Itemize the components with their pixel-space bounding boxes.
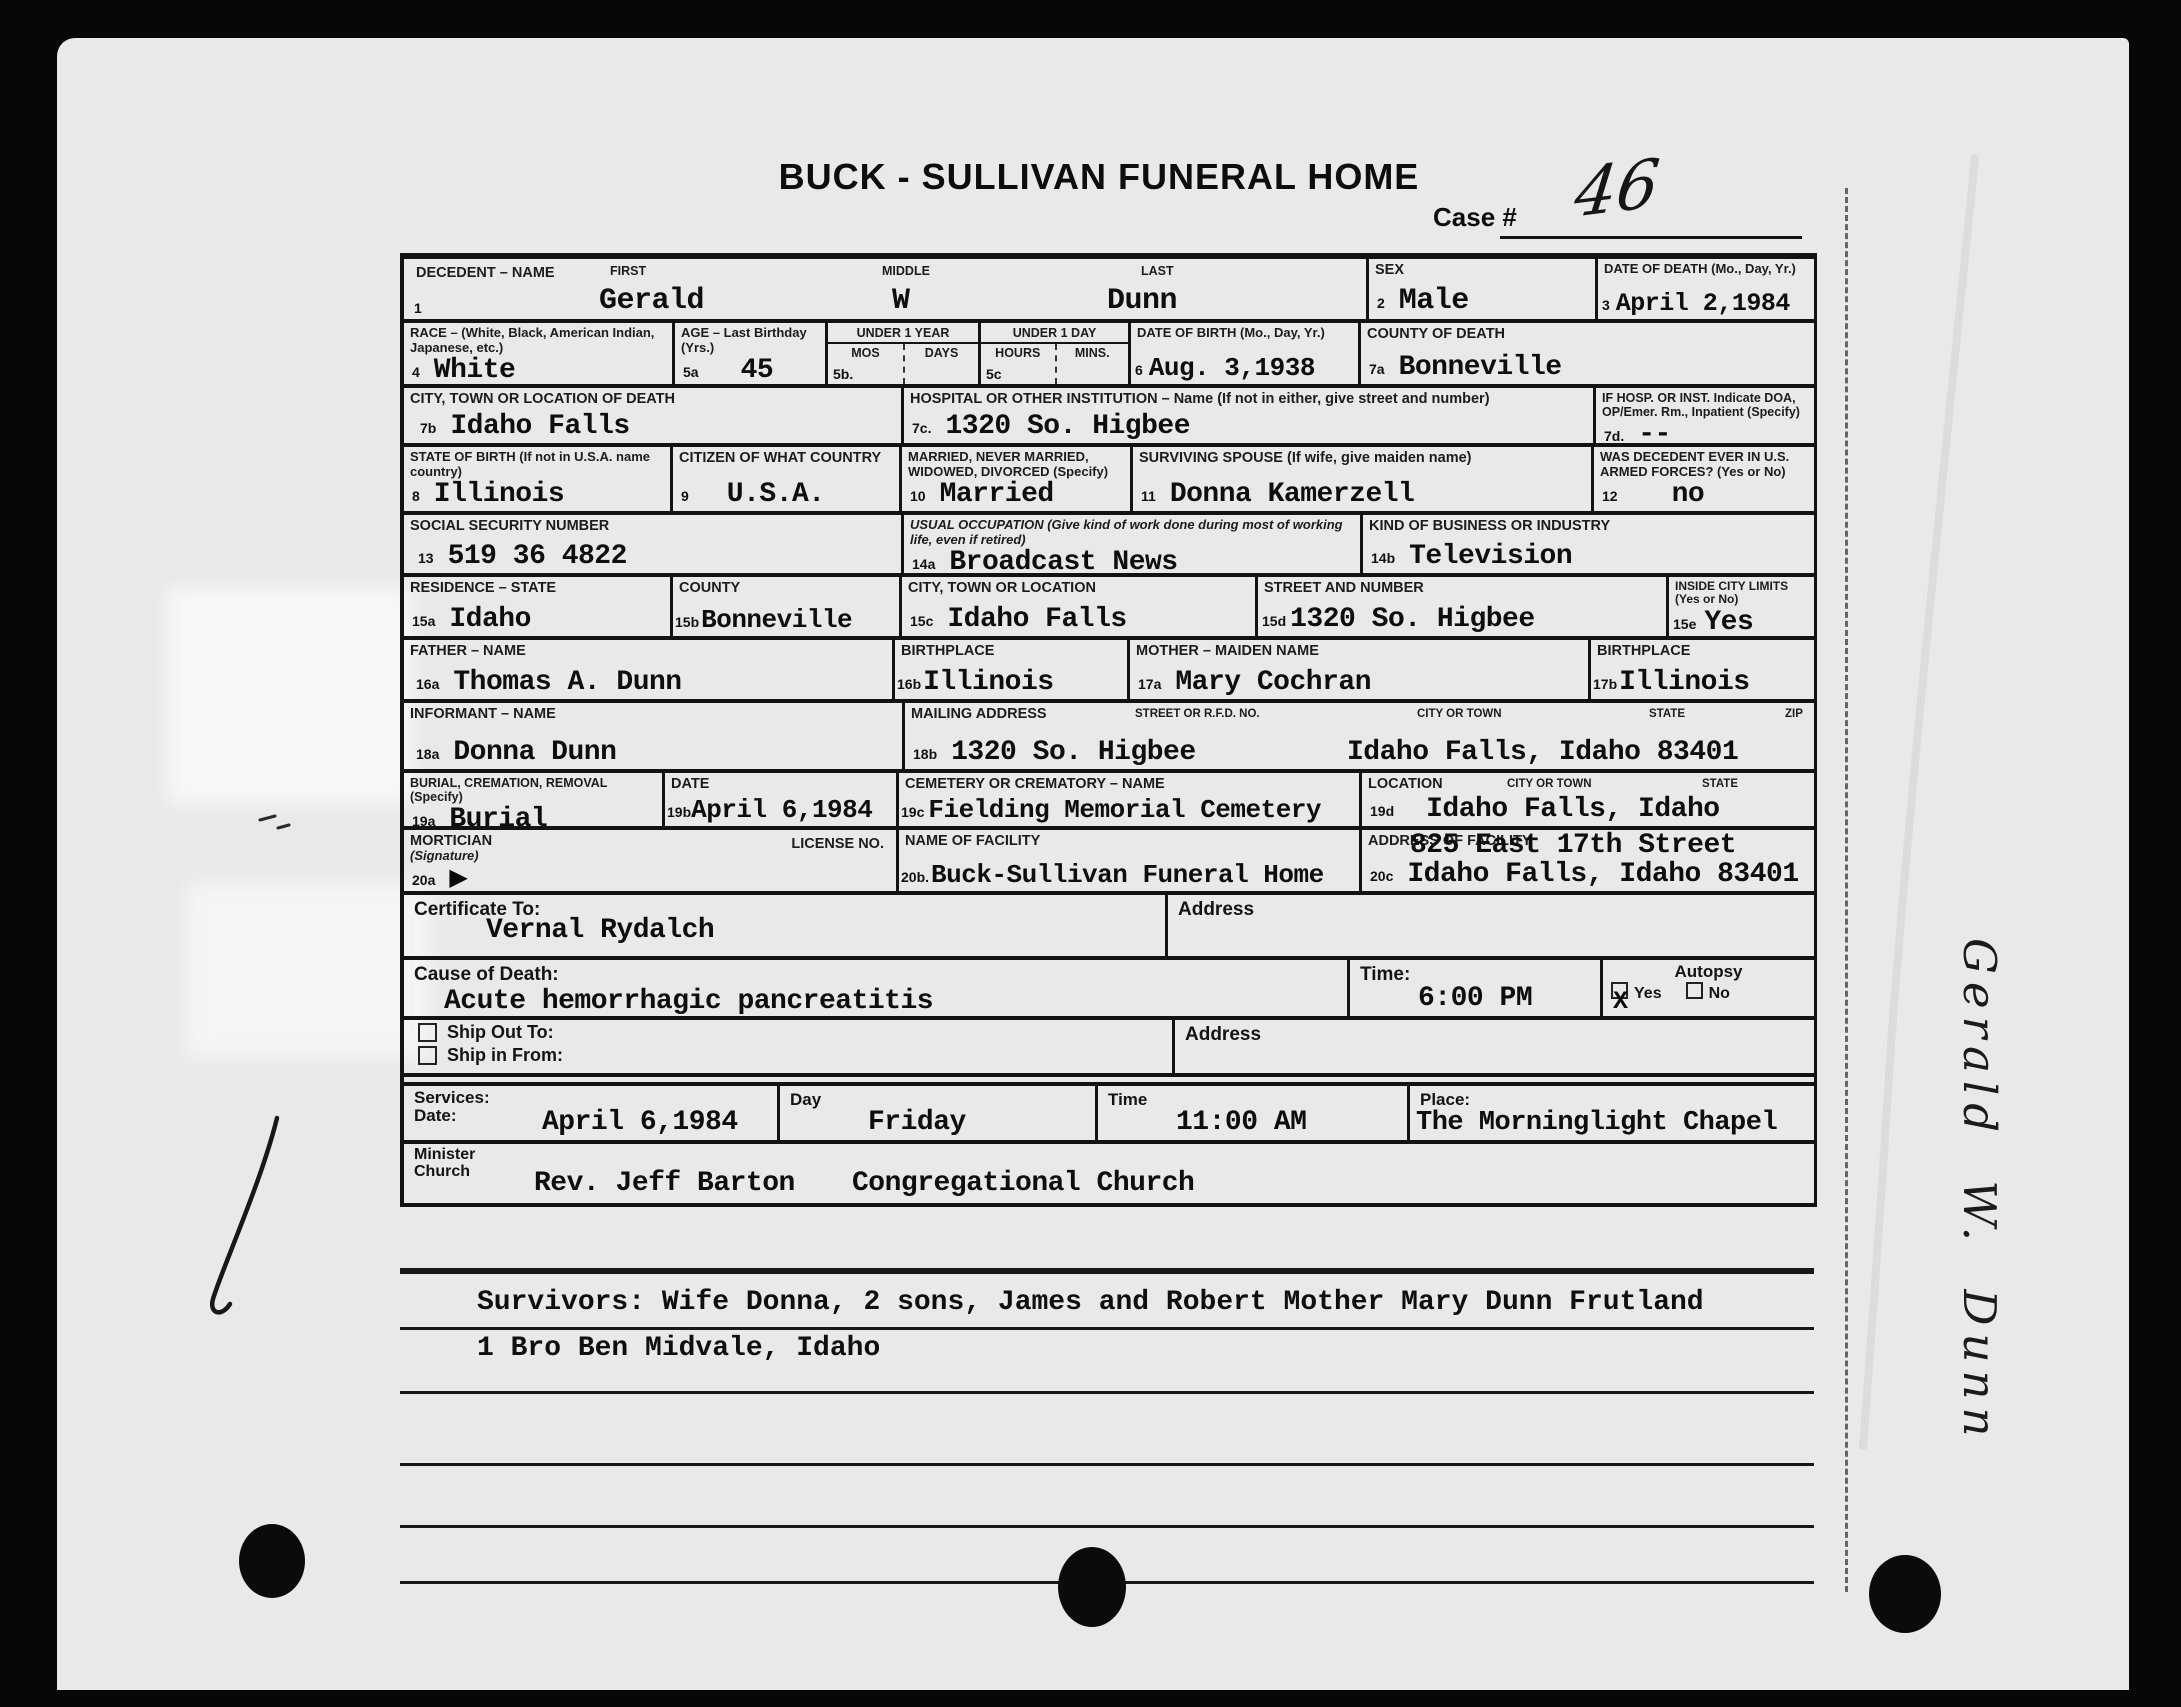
mother-birthplace-value: Illinois <box>1619 667 1749 698</box>
death-time-value: 6:00 PM <box>1418 983 1532 1014</box>
surviving-spouse-value: Donna Kamerzell <box>1170 479 1415 510</box>
field-cemetery: CEMETERY OR CREMATORY – NAME 19cFielding… <box>896 773 1359 826</box>
residence-state-value: Idaho <box>449 604 531 635</box>
location-state-sublabel: STATE <box>1702 778 1738 790</box>
mailing-state-sublabel: STATE <box>1649 708 1685 720</box>
last-name-value: Dunn <box>1107 284 1177 318</box>
punch-hole-center <box>1058 1547 1126 1627</box>
county-of-death-value: Bonneville <box>1399 352 1562 383</box>
field-num-12: 12 <box>1602 488 1618 504</box>
occupation-value: Broadcast News <box>949 547 1177 578</box>
city-of-death-value: Idaho Falls <box>450 411 629 442</box>
armed-forces-label: WAS DECEDENT EVER IN U.S. ARMED FORCES? … <box>1594 447 1814 479</box>
field-marital-status: MARRIED, NEVER MARRIED, WIDOWED, DIVORCE… <box>899 447 1130 511</box>
city-limits-label: INSIDE CITY LIMITS (Yes or No) <box>1669 577 1814 607</box>
location-city-sublabel: CITY OR TOWN <box>1507 778 1592 790</box>
license-no-label: LICENSE NO. <box>785 833 888 852</box>
field-minister: Minister Church Rev. Jeff Barton Congreg… <box>404 1144 1814 1203</box>
disposition-location-value: Idaho Falls, Idaho <box>1426 794 1719 825</box>
record-form: DECEDENT – NAME FIRST MIDDLE LAST 1 Gera… <box>400 253 1817 1207</box>
field-num-7c: 7c. <box>912 420 931 436</box>
field-num-7a: 7a <box>1369 361 1385 377</box>
mailing-street-value: 1320 So. Higbee <box>951 737 1196 768</box>
field-cause-of-death: Cause of Death: Acute hemorrhagic pancre… <box>404 960 1347 1016</box>
margin-handwritten-name: Gerald W. Dunn <box>1953 938 2006 1558</box>
age-label: AGE – Last Birthday (Yrs.) <box>675 323 825 355</box>
dashed-margin-line <box>1845 188 1848 1592</box>
field-disposition-date: DATE 19bApril 6,1984 <box>662 773 896 826</box>
field-death-time: Time: 6:00 PM <box>1347 960 1600 1016</box>
informant-name-label: INFORMANT – NAME <box>404 703 902 722</box>
mother-name-label: MOTHER – MAIDEN NAME <box>1130 640 1588 659</box>
minister-name-value: Rev. Jeff Barton <box>534 1168 795 1199</box>
field-num-16b: 16b <box>897 676 921 692</box>
mailing-city-state-zip-value: Idaho Falls, Idaho 83401 <box>1347 737 1738 768</box>
field-industry: KIND OF BUSINESS OR INDUSTRY 14bTelevisi… <box>1360 515 1814 573</box>
ruled-line-1 <box>400 1327 1814 1330</box>
services-place-label: Place: <box>1410 1086 1814 1110</box>
minutes-label: MINS. <box>1055 344 1129 384</box>
field-num-20a: 20a <box>412 872 435 888</box>
field-num-7d: 7d. <box>1604 428 1624 444</box>
under-one-year-label: UNDER 1 YEAR <box>828 323 978 344</box>
first-name-label: FIRST <box>610 264 646 278</box>
autopsy-no-option: No <box>1686 982 1730 1003</box>
row-shipping: Ship Out To: Ship in From: Address <box>404 1020 1814 1077</box>
disposition-type-label: BURIAL, CREMATION, REMOVAL (Specify) <box>404 773 662 804</box>
field-num-14a: 14a <box>912 556 935 572</box>
marital-status-label: MARRIED, NEVER MARRIED, WIDOWED, DIVORCE… <box>902 447 1130 479</box>
funeral-home-title: BUCK - SULLIVAN FUNERAL HOME <box>769 156 1429 198</box>
field-father-birthplace: BIRTHPLACE 16bIllinois <box>892 640 1127 699</box>
field-num-15b: 15b <box>675 614 699 630</box>
row-parents: FATHER – NAME 16aThomas A. Dunn BIRTHPLA… <box>404 640 1814 703</box>
field-services-time: Time 11:00 AM <box>1095 1086 1407 1140</box>
cause-of-death-value: Acute hemorrhagic pancreatitis <box>444 986 933 1017</box>
field-num-1: 1 <box>414 300 422 316</box>
field-mother-birthplace: BIRTHPLACE 17bIllinois <box>1588 640 1814 699</box>
field-num-3: 3 <box>1602 297 1610 313</box>
residence-city-label: CITY, TOWN OR LOCATION <box>902 577 1255 596</box>
field-ssn: SOCIAL SECURITY NUMBER 13519 36 4822 <box>404 515 901 573</box>
autopsy-options: Yes No <box>1603 982 1814 1003</box>
field-num-19d: 19d <box>1370 803 1394 819</box>
residence-county-label: COUNTY <box>673 577 899 596</box>
field-under-one-year: UNDER 1 YEAR MOS DAYS 5b. <box>825 323 978 384</box>
field-num-10: 10 <box>910 488 926 504</box>
ship-in-checkbox <box>418 1046 437 1065</box>
field-residence-county: COUNTY 15bBonneville <box>670 577 899 636</box>
field-num-20b: 20b. <box>901 869 929 885</box>
mailing-zip-sublabel: ZIP <box>1785 708 1803 720</box>
father-birthplace-label: BIRTHPLACE <box>895 640 1127 659</box>
field-date-of-death: DATE OF DEATH (Mo., Day, Yr.) 3April 2,1… <box>1595 259 1814 319</box>
punch-hole-left <box>239 1524 305 1598</box>
date-of-birth-value: Aug. 3,1938 <box>1149 353 1315 383</box>
minister-church-value: Congregational Church <box>852 1168 1194 1199</box>
field-num-15e: 15e <box>1673 616 1696 632</box>
field-armed-forces: WAS DECEDENT EVER IN U.S. ARMED FORCES? … <box>1591 447 1814 511</box>
minister-label: Minister <box>404 1144 1814 1164</box>
ship-out-checkbox <box>418 1023 437 1042</box>
row-death-place: CITY, TOWN OR LOCATION OF DEATH 7bIdaho … <box>404 388 1814 447</box>
hospital-type-label: IF HOSP. OR INST. Indicate DOA, OP/Emer.… <box>1596 388 1814 419</box>
whiteout-patch <box>167 588 412 803</box>
cemetery-label: CEMETERY OR CREMATORY – NAME <box>899 773 1359 792</box>
row-residence: RESIDENCE – STATE 15aIdaho COUNTY 15bBon… <box>404 577 1814 640</box>
field-residence-state: RESIDENCE – STATE 15aIdaho <box>404 577 670 636</box>
field-mother-name: MOTHER – MAIDEN NAME 17aMary Cochran <box>1127 640 1588 699</box>
certificate-address-label: Address <box>1168 895 1814 921</box>
field-num-9: 9 <box>681 488 689 504</box>
field-decedent-name: DECEDENT – NAME FIRST MIDDLE LAST 1 Gera… <box>404 259 1366 319</box>
field-disposition-type: BURIAL, CREMATION, REMOVAL (Specify) 19a… <box>404 773 662 826</box>
field-sex: SEX 2Male <box>1366 259 1595 319</box>
days-label: DAYS <box>903 344 978 384</box>
field-father-name: FATHER – NAME 16aThomas A. Dunn <box>404 640 892 699</box>
field-informant-name: INFORMANT – NAME 18aDonna Dunn <box>404 703 902 769</box>
field-hospital: HOSPITAL OR OTHER INSTITUTION – Name (If… <box>901 388 1593 443</box>
field-under-one-day: UNDER 1 DAY HOURS MINS. 5c <box>978 323 1128 384</box>
mother-name-value: Mary Cochran <box>1175 667 1371 698</box>
whiteout-patch-2 <box>185 883 430 1058</box>
services-time-value: 11:00 AM <box>1176 1107 1306 1138</box>
row-informant: INFORMANT – NAME 18aDonna Dunn MAILING A… <box>404 703 1814 773</box>
cause-of-death-label: Cause of Death: <box>404 960 1347 986</box>
punch-hole-right <box>1869 1555 1941 1633</box>
autopsy-no-label: No <box>1709 985 1730 1002</box>
under-one-day-label: UNDER 1 DAY <box>981 323 1128 344</box>
field-num-17a: 17a <box>1138 676 1161 692</box>
field-certificate-to: Certificate To: Vernal Rydalch <box>404 895 1165 956</box>
state-of-birth-value: Illinois <box>434 479 564 510</box>
father-name-value: Thomas A. Dunn <box>453 667 681 698</box>
field-num-19a: 19a <box>412 813 435 829</box>
field-num-13: 13 <box>418 550 434 566</box>
ssn-label: SOCIAL SECURITY NUMBER <box>404 515 901 534</box>
paper-sheet: BUCK - SULLIVAN FUNERAL HOME Case # 46 D… <box>57 38 2129 1690</box>
father-birthplace-value: Illinois <box>923 667 1053 698</box>
mailing-city-sublabel: CITY OR TOWN <box>1417 708 1502 720</box>
sex-label: SEX <box>1369 259 1595 278</box>
industry-label: KIND OF BUSINESS OR INDUSTRY <box>1363 515 1814 534</box>
field-certificate-address: Address <box>1165 895 1814 956</box>
field-state-of-birth: STATE OF BIRTH (If not in U.S.A. name co… <box>404 447 670 511</box>
facility-address-line1: 825 East 17th Street <box>1410 830 1736 861</box>
residence-city-value: Idaho Falls <box>947 604 1126 635</box>
field-facility-address: ADDRESS OF FACILITY 825 East 17th Street… <box>1359 830 1814 891</box>
field-county-of-death: COUNTY OF DEATH 7aBonneville <box>1358 323 1814 384</box>
disposition-date-value: April 6,1984 <box>691 795 872 825</box>
case-number-label: Case # <box>1433 202 1517 233</box>
ruled-line-2 <box>400 1391 1814 1394</box>
facility-name-label: NAME OF FACILITY <box>899 830 1359 849</box>
field-num-15a: 15a <box>412 613 435 629</box>
cemetery-value: Fielding Memorial Cemetery <box>928 795 1321 825</box>
field-mailing-address: MAILING ADDRESS STREET OR R.F.D. NO. CIT… <box>902 703 1814 769</box>
field-mortician-signature: MORTICIAN (Signature) LICENSE NO. 20a▶ <box>404 830 896 891</box>
field-services-day: Day Friday <box>777 1086 1095 1140</box>
field-num-19c: 19c <box>901 804 924 820</box>
field-num-19b: 19b <box>667 804 691 820</box>
ruled-line-4 <box>400 1525 1814 1528</box>
field-num-18a: 18a <box>416 746 439 762</box>
hospital-type-value: -- <box>1638 419 1671 450</box>
services-date-value: April 6,1984 <box>542 1107 738 1138</box>
field-shipping: Ship Out To: Ship in From: <box>404 1020 1172 1073</box>
middle-name-label: MIDDLE <box>882 264 930 278</box>
occupation-label: USUAL OCCUPATION (Give kind of work done… <box>904 515 1360 547</box>
industry-value: Television <box>1409 541 1572 572</box>
row-vitals: RACE – (White, Black, American Indian, J… <box>404 323 1814 388</box>
facility-name-value: Buck-Sullivan Funeral Home <box>931 860 1324 890</box>
residence-street-value: 1320 So. Higbee <box>1290 604 1535 635</box>
field-num-15c: 15c <box>910 613 933 629</box>
sex-value: Male <box>1399 284 1469 318</box>
field-occupation: USUAL OCCUPATION (Give kind of work done… <box>901 515 1360 573</box>
row-personal: STATE OF BIRTH (If not in U.S.A. name co… <box>404 447 1814 515</box>
first-name-value: Gerald <box>599 284 704 318</box>
field-num-6: 6 <box>1135 362 1143 378</box>
ship-out-label: Ship Out To: <box>447 1022 554 1043</box>
city-limits-value: Yes <box>1704 607 1753 638</box>
age-value: 45 <box>741 355 774 386</box>
row-work: SOCIAL SECURITY NUMBER 13519 36 4822 USU… <box>404 515 1814 577</box>
disposition-date-label: DATE <box>665 773 896 792</box>
margin-pen-stroke <box>212 1118 277 1312</box>
mailing-street-sublabel: STREET OR R.F.D. NO. <box>1135 708 1260 720</box>
date-of-birth-label: DATE OF BIRTH (Mo., Day, Yr.) <box>1131 323 1358 341</box>
row-mortician: MORTICIAN (Signature) LICENSE NO. 20a▶ N… <box>404 830 1814 895</box>
autopsy-x-mark: X <box>1613 987 1628 1016</box>
row-minister: Minister Church Rev. Jeff Barton Congreg… <box>404 1144 1814 1207</box>
ssn-value: 519 36 4822 <box>448 541 627 572</box>
race-label: RACE – (White, Black, American Indian, J… <box>404 323 672 355</box>
field-residence-city: CITY, TOWN OR LOCATION 15cIdaho Falls <box>899 577 1255 636</box>
field-city-limits: INSIDE CITY LIMITS (Yes or No) 15eYes <box>1666 577 1814 636</box>
last-name-label: LAST <box>1141 264 1174 278</box>
field-num-7b: 7b <box>420 420 436 436</box>
decedent-name-label: DECEDENT – NAME <box>410 262 559 281</box>
services-place-value: The Morninglight Chapel <box>1416 1108 1777 1138</box>
field-citizen: CITIZEN OF WHAT COUNTRY 9U.S.A. <box>670 447 899 511</box>
survivors-top-rule <box>400 1268 1814 1274</box>
row-decedent: DECEDENT – NAME FIRST MIDDLE LAST 1 Gera… <box>404 259 1814 323</box>
field-date-of-birth: DATE OF BIRTH (Mo., Day, Yr.) 6Aug. 3,19… <box>1128 323 1358 384</box>
state-of-birth-label: STATE OF BIRTH (If not in U.S.A. name co… <box>404 447 670 479</box>
small-pen-marks <box>260 816 289 828</box>
race-value: White <box>434 355 516 386</box>
scanned-record: BUCK - SULLIVAN FUNERAL HOME Case # 46 D… <box>0 0 2181 1707</box>
county-of-death-label: COUNTY OF DEATH <box>1361 323 1814 342</box>
field-surviving-spouse: SURVIVING SPOUSE (If wife, give maiden n… <box>1130 447 1591 511</box>
residence-state-label: RESIDENCE – STATE <box>404 577 670 596</box>
surviving-spouse-label: SURVIVING SPOUSE (If wife, give maiden n… <box>1133 447 1591 466</box>
survivors-line-2: 1 Bro Ben Midvale, Idaho <box>477 1333 880 1364</box>
residence-county-value: Bonneville <box>701 605 852 635</box>
autopsy-no-checkbox <box>1686 982 1703 999</box>
field-race: RACE – (White, Black, American Indian, J… <box>404 323 672 384</box>
row-disposition: BURIAL, CREMATION, REMOVAL (Specify) 19a… <box>404 773 1814 830</box>
hospital-value: 1320 So. Higbee <box>945 411 1190 442</box>
ship-in-label: Ship in From: <box>447 1045 563 1066</box>
middle-name-value: W <box>892 284 910 318</box>
field-hospital-type: IF HOSP. OR INST. Indicate DOA, OP/Emer.… <box>1593 388 1814 443</box>
field-age: AGE – Last Birthday (Yrs.) 5a45 <box>672 323 825 384</box>
father-name-label: FATHER – NAME <box>404 640 892 659</box>
signature-arrow-mark: ▶ <box>449 866 467 890</box>
field-disposition-location: LOCATION CITY OR TOWN STATE 19dIdaho Fal… <box>1359 773 1814 826</box>
citizen-label: CITIZEN OF WHAT COUNTRY <box>673 447 899 466</box>
field-num-16a: 16a <box>416 676 439 692</box>
field-num-5a: 5a <box>683 364 699 380</box>
autopsy-label: Autopsy <box>1603 960 1814 982</box>
field-residence-street: STREET AND NUMBER 15d1320 So. Higbee <box>1255 577 1666 636</box>
field-num-4: 4 <box>412 364 420 380</box>
double-rule-spacer <box>404 1077 1814 1086</box>
date-of-death-label: DATE OF DEATH (Mo., Day, Yr.) <box>1598 259 1814 277</box>
date-of-death-value: April 2,1984 <box>1616 289 1790 318</box>
field-num-5b: 5b. <box>833 366 853 382</box>
field-num-18b: 18b <box>913 746 937 762</box>
field-num-15d: 15d <box>1262 613 1286 629</box>
field-services-place: Place: The Morninglight Chapel <box>1407 1086 1814 1140</box>
facility-address-line2: Idaho Falls, Idaho 83401 <box>1407 859 1798 890</box>
services-day-value: Friday <box>868 1107 966 1138</box>
row-services: Services: Date: April 6,1984 Day Friday … <box>404 1086 1814 1144</box>
case-number-line <box>1500 236 1802 239</box>
city-of-death-label: CITY, TOWN OR LOCATION OF DEATH <box>404 388 901 407</box>
informant-name-value: Donna Dunn <box>453 737 616 768</box>
residence-street-label: STREET AND NUMBER <box>1258 577 1666 596</box>
citizen-value: U.S.A. <box>727 479 825 510</box>
field-num-2: 2 <box>1377 295 1385 311</box>
field-facility-name: NAME OF FACILITY 20b.Buck-Sullivan Funer… <box>896 830 1359 891</box>
row-cause-of-death: Cause of Death: Acute hemorrhagic pancre… <box>404 960 1814 1020</box>
field-num-17b: 17b <box>1593 676 1617 692</box>
marital-status-value: Married <box>940 479 1054 510</box>
field-num-8: 8 <box>412 488 420 504</box>
armed-forces-value: no <box>1672 479 1705 510</box>
field-city-of-death: CITY, TOWN OR LOCATION OF DEATH 7bIdaho … <box>404 388 901 443</box>
autopsy-yes-label: Yes <box>1634 985 1662 1002</box>
case-number-handwritten: 46 <box>1570 144 1663 233</box>
ruled-line-3 <box>400 1463 1814 1466</box>
mother-birthplace-label: BIRTHPLACE <box>1591 640 1814 659</box>
certificate-to-value: Vernal Rydalch <box>486 915 714 946</box>
row-certificate: Certificate To: Vernal Rydalch Address <box>404 895 1814 960</box>
survivors-line-1: Survivors: Wife Donna, 2 sons, James and… <box>477 1287 1704 1318</box>
field-num-11: 11 <box>1141 488 1156 504</box>
hospital-label: HOSPITAL OR OTHER INSTITUTION – Name (If… <box>904 388 1593 407</box>
field-num-5c: 5c <box>986 366 1002 382</box>
services-label: Services: <box>404 1086 777 1107</box>
field-num-14b: 14b <box>1371 550 1395 566</box>
field-num-20c: 20c <box>1370 868 1393 884</box>
field-services-date: Services: Date: April 6,1984 <box>404 1086 777 1140</box>
shipping-address-label: Address <box>1175 1020 1814 1046</box>
field-autopsy: Autopsy Yes No X <box>1600 960 1814 1016</box>
field-shipping-address: Address <box>1172 1020 1814 1073</box>
